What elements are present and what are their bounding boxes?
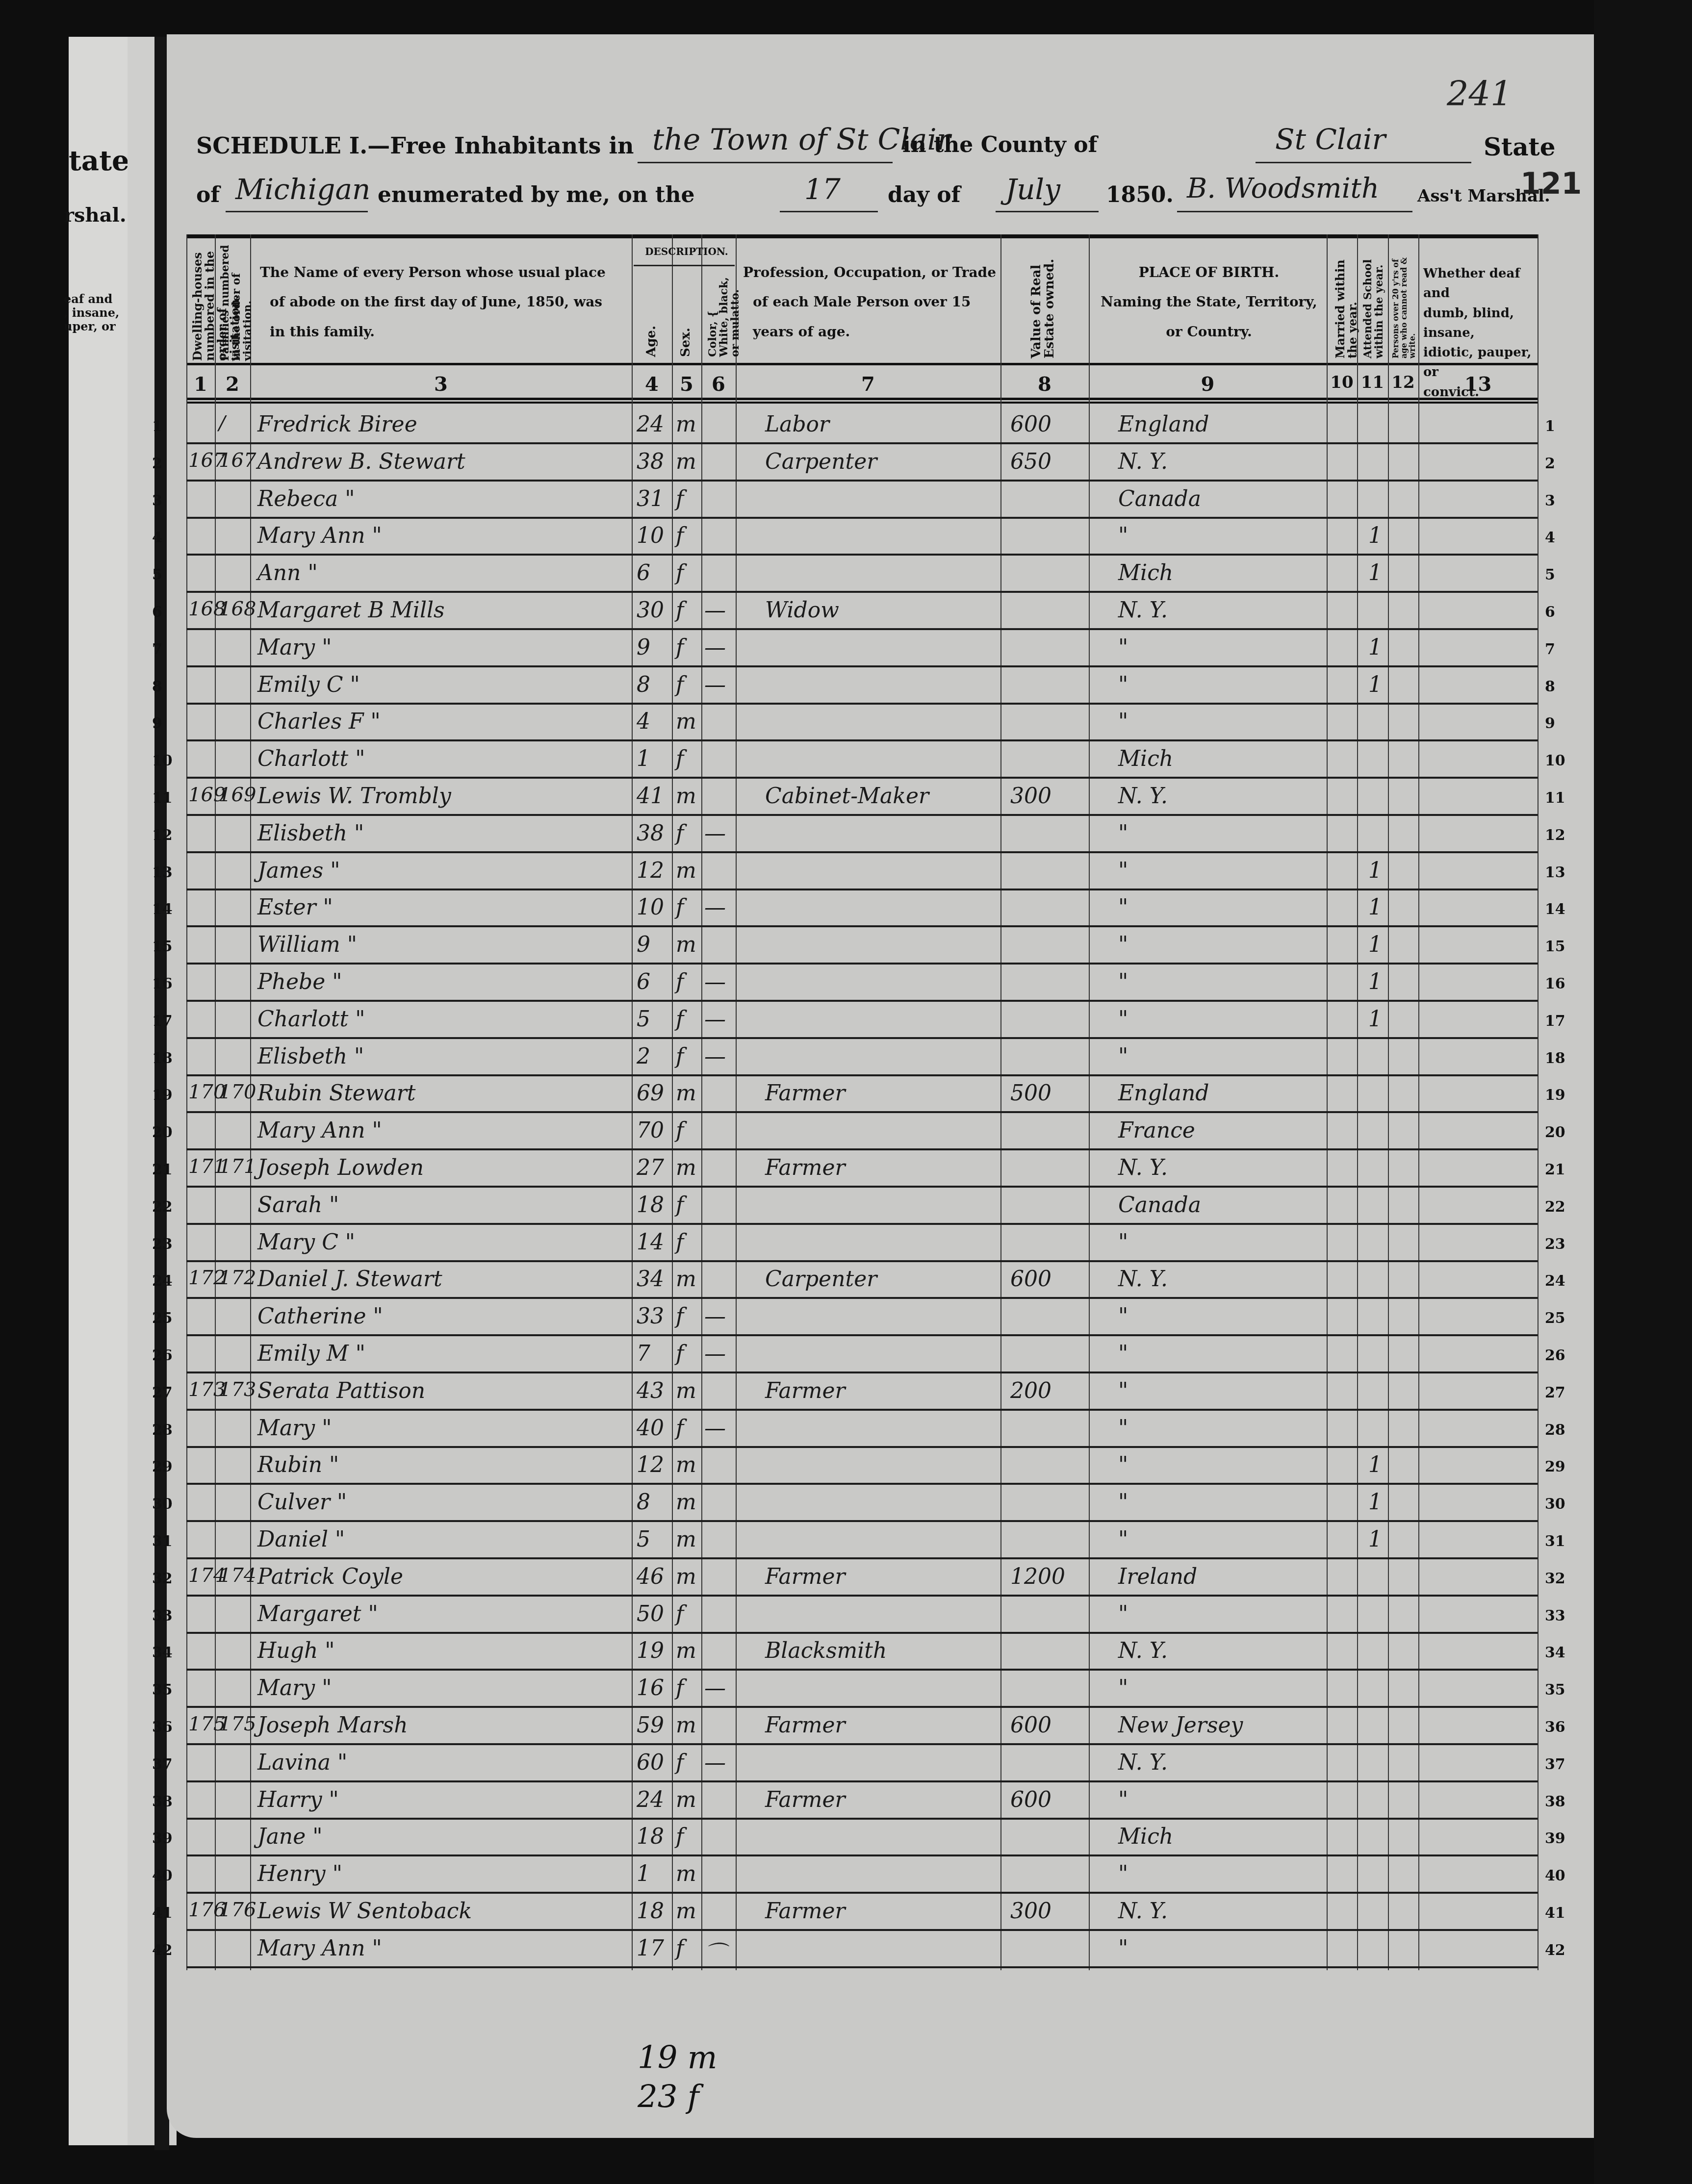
person-name: Jane " [257, 1824, 322, 1849]
person-name: Mary " [257, 635, 332, 660]
line-number-right: 34 [1545, 1644, 1565, 1661]
line-number-left: 30 [152, 1496, 173, 1513]
table-row: 38 Harry " 24 m Farmer 600 " 38 [186, 1782, 1538, 1820]
line-number-left: 33 [152, 1607, 173, 1625]
table-row: 40 Henry " 1 m " 40 [186, 1856, 1538, 1894]
line-number-right: 23 [1545, 1236, 1565, 1253]
state-label: State [1484, 132, 1556, 161]
person-name: Elisbeth " [257, 821, 364, 846]
line-number-right: 16 [1545, 975, 1565, 992]
birthplace: Mich [1118, 746, 1173, 771]
person-age: 6 [637, 560, 650, 585]
birthplace: " [1118, 1861, 1128, 1886]
line-number-left: 13 [152, 864, 173, 881]
family-number: 174 [219, 1564, 256, 1587]
birthplace: N. Y. [1118, 449, 1168, 474]
person-sex: f [676, 635, 684, 660]
table-row: 34 Hugh " 19 m Blacksmith N. Y. 34 [186, 1633, 1538, 1671]
person-occupation: Farmer [765, 1155, 846, 1180]
table-row: 24 172 172 Daniel J. Stewart 34 m Carpen… [186, 1262, 1538, 1299]
real-estate-value: 300 [1010, 784, 1051, 809]
person-name: Margaret " [257, 1601, 378, 1626]
state-field-underline [226, 211, 368, 212]
line-number-right: 39 [1545, 1830, 1565, 1847]
person-sex: f [676, 560, 684, 585]
person-color: — [704, 1750, 726, 1775]
person-sex: f [676, 746, 684, 771]
description-rule [634, 265, 735, 266]
person-color: — [704, 635, 726, 660]
person-sex: m [676, 1452, 696, 1477]
person-age: 18 [637, 1193, 664, 1218]
person-name: Catherine " [257, 1304, 383, 1329]
table-row: 3 Rebeca " 31 f Canada 3 [186, 482, 1538, 519]
table-row: 5 Ann " 6 f Mich 1 5 [186, 556, 1538, 593]
table-row: 41 176 176 Lewis W Sentoback 18 m Farmer… [186, 1894, 1538, 1931]
person-sex: f [676, 1230, 684, 1255]
birthplace: " [1118, 1230, 1128, 1255]
illiterate-header: Persons over 20 y'rs of age who cannot r… [1392, 243, 1416, 358]
birthplace: " [1118, 969, 1128, 994]
condition-header-line: dumb, blind, insane, [1423, 304, 1535, 343]
line-number-left: 42 [152, 1942, 173, 1959]
colnum-8: 8 [1000, 373, 1089, 396]
table-row: 10 Charlott " 1 f Mich 10 [186, 741, 1538, 779]
line-number-right: 3 [1545, 492, 1555, 509]
person-sex: m [676, 1638, 696, 1663]
birthplace: England [1118, 412, 1209, 437]
real-estate-value: 650 [1010, 449, 1051, 474]
person-color: — [704, 969, 726, 994]
table-row: 30 Culver " 8 m " 1 30 [186, 1485, 1538, 1522]
table-row: 23 Mary C " 14 f " 23 [186, 1225, 1538, 1262]
birthplace: " [1118, 1527, 1128, 1552]
line-number-right: 30 [1545, 1496, 1565, 1513]
handwritten-page-number: 241 [1447, 74, 1513, 114]
person-age: 14 [637, 1230, 664, 1255]
birthplace: " [1118, 895, 1128, 920]
person-name: Mary C " [257, 1230, 355, 1255]
person-name: Ester " [257, 895, 333, 920]
birthplace: Canada [1118, 486, 1201, 511]
colnum-12: 12 [1388, 373, 1418, 392]
occupation-header-line: Profession, Occupation, or Trade [743, 264, 998, 281]
person-sex: f [676, 895, 684, 920]
table-row: 19 170 170 Rubin Stewart 69 m Farmer 500… [186, 1076, 1538, 1113]
line-number-right: 40 [1545, 1867, 1565, 1884]
enumerated-label: enumerated by me, on the [378, 182, 694, 207]
person-sex: f [676, 1416, 684, 1441]
person-age: 1 [637, 1861, 650, 1886]
line-number-left: 20 [152, 1124, 173, 1141]
person-age: 24 [637, 1787, 664, 1812]
person-age: 27 [637, 1155, 664, 1180]
day-field-underline [780, 211, 878, 212]
person-sex: m [676, 1081, 696, 1106]
of-label: of [196, 182, 220, 207]
birthplace: " [1118, 1452, 1128, 1477]
person-name: Phebe " [257, 969, 342, 994]
line-number-left: 21 [152, 1161, 173, 1178]
person-sex: m [676, 1713, 696, 1738]
marshal-label: Ass't Marshal. [1417, 186, 1550, 206]
birthplace: " [1118, 523, 1128, 548]
person-sex: f [676, 1193, 684, 1218]
person-sex: f [676, 523, 684, 548]
person-sex: f [676, 1118, 684, 1143]
person-age: 43 [637, 1378, 664, 1403]
table-row: 25 Catherine " 33 f — " 25 [186, 1299, 1538, 1336]
birthplace: N. Y. [1118, 784, 1168, 809]
birthplace: " [1118, 635, 1128, 660]
attended-school: 1 [1368, 969, 1382, 994]
county-field-underline [1256, 162, 1471, 163]
line-number-right: 24 [1545, 1272, 1565, 1290]
person-occupation: Blacksmith [765, 1638, 887, 1663]
person-occupation: Farmer [765, 1899, 846, 1924]
line-number-right: 1 [1545, 418, 1555, 435]
birthplace: " [1118, 1601, 1128, 1626]
line-number-right: 25 [1545, 1310, 1565, 1327]
schedule-title: SCHEDULE I.—Free Inhabitants in [196, 132, 634, 159]
birthplace-header-line: PLACE OF BIRTH. [1099, 264, 1319, 281]
line-number-left: 41 [152, 1905, 173, 1922]
name-header-line: in this family. [260, 323, 623, 341]
line-number-right: 7 [1545, 641, 1555, 658]
age-header: Age. [645, 323, 658, 357]
attended-school: 1 [1368, 1490, 1382, 1515]
real-estate-value: 600 [1010, 1713, 1051, 1738]
line-number-right: 5 [1545, 566, 1555, 584]
line-number-left: 25 [152, 1310, 173, 1327]
person-color: — [704, 1007, 726, 1032]
person-name: Henry " [257, 1861, 342, 1886]
person-age: 12 [637, 858, 664, 883]
line-number-left: 26 [152, 1347, 173, 1364]
person-age: 59 [637, 1713, 664, 1738]
person-color: ⌒ [704, 1936, 726, 1967]
colnum-13: 13 [1418, 373, 1538, 396]
person-color: — [704, 1341, 726, 1366]
description-group-header: DESCRIPTION. [640, 245, 733, 258]
table-row: 12 Elisbeth " 38 f — " 12 [186, 816, 1538, 853]
person-age: 18 [637, 1899, 664, 1924]
birthplace: " [1118, 672, 1128, 697]
line-number-right: 26 [1545, 1347, 1565, 1364]
person-name: Emily C " [257, 672, 360, 697]
person-name: Fredrick Biree [257, 412, 417, 437]
table-row: 18 Elisbeth " 2 f — " 18 [186, 1039, 1538, 1076]
person-sex: f [676, 969, 684, 994]
line-number-left: 12 [152, 827, 173, 844]
person-age: 10 [637, 895, 664, 920]
person-name: Sarah " [257, 1193, 339, 1218]
colnum-1: 1 [186, 373, 215, 396]
marshal-name-underline [1177, 211, 1412, 212]
person-age: 12 [637, 1452, 664, 1477]
table-row: 2 167 167 Andrew B. Stewart 38 m Carpent… [186, 444, 1538, 482]
table-row: 32 174 174 Patrick Coyle 46 m Farmer 120… [186, 1559, 1538, 1597]
family-number: 168 [219, 598, 256, 620]
person-sex: f [676, 821, 684, 846]
person-color: — [704, 821, 726, 846]
person-sex: m [676, 1899, 696, 1924]
line-number-right: 41 [1545, 1905, 1565, 1922]
line-number-left: 8 [152, 678, 162, 695]
table-row: 22 Sarah " 18 f Canada 22 [186, 1188, 1538, 1225]
person-name: Lavina " [257, 1750, 347, 1775]
person-name: Mary Ann " [257, 523, 382, 548]
person-name: Lewis W Sentoback [257, 1899, 472, 1924]
attended-school: 1 [1368, 932, 1382, 957]
person-name: Charles F " [257, 709, 381, 734]
line-number-left: 31 [152, 1533, 173, 1550]
line-number-left: 35 [152, 1681, 173, 1699]
attended-school: 1 [1368, 858, 1382, 883]
line-number-left: 9 [152, 715, 162, 732]
realestate-header: Value of Real Estate owned. [1030, 243, 1057, 358]
month-field-underline [996, 211, 1099, 212]
line-number-left: 40 [152, 1867, 173, 1884]
line-number-right: 8 [1545, 678, 1555, 695]
person-age: 41 [637, 784, 664, 809]
birthplace-header-line: or Country. [1099, 323, 1319, 341]
line-number-left: 3 [152, 492, 162, 509]
birthplace: " [1118, 709, 1128, 734]
line-number-left: 24 [152, 1272, 173, 1290]
person-name: Ann " [257, 560, 318, 585]
person-occupation: Cabinet-Maker [765, 784, 929, 809]
attended-school: 1 [1368, 1527, 1382, 1552]
name-header: The Name of every Person whose usual pla… [260, 264, 623, 341]
person-age: 34 [637, 1267, 664, 1292]
name-header-line: The Name of every Person whose usual pla… [260, 264, 623, 281]
person-age: 46 [637, 1564, 664, 1589]
table-row: 35 Mary " 16 f — " 35 [186, 1671, 1538, 1708]
county-label: in the County of [902, 132, 1097, 157]
occupation-header: Profession, Occupation, or Trade of each… [743, 264, 998, 341]
person-sex: m [676, 412, 696, 437]
person-sex: f [676, 1044, 684, 1069]
line-number-right: 2 [1545, 455, 1555, 472]
line-number-left: 5 [152, 566, 162, 584]
line-number-left: 23 [152, 1236, 173, 1253]
table-row: 28 Mary " 40 f — " 28 [186, 1411, 1538, 1448]
person-sex: f [676, 1676, 684, 1701]
real-estate-value: 600 [1010, 412, 1051, 437]
line-number-right: 27 [1545, 1384, 1565, 1401]
line-number-right: 37 [1545, 1756, 1565, 1773]
person-age: 8 [637, 1490, 650, 1515]
person-age: 69 [637, 1081, 664, 1106]
person-occupation: Farmer [765, 1378, 846, 1403]
person-occupation: Carpenter [765, 449, 877, 474]
person-name: William " [257, 932, 357, 957]
left-page-marshal-fragment: rshal. [64, 203, 127, 227]
table-row: 4 Mary Ann " 10 f " 1 4 [186, 518, 1538, 556]
line-number-right: 20 [1545, 1124, 1565, 1141]
line-number-right: 21 [1545, 1161, 1565, 1178]
line-number-right: 19 [1545, 1087, 1565, 1104]
birthplace: " [1118, 1304, 1128, 1329]
birthplace: N. Y. [1118, 1155, 1168, 1180]
family-number: 169 [219, 784, 256, 806]
line-number-left: 37 [152, 1756, 173, 1773]
line-number-left: 4 [152, 529, 162, 546]
person-name: Joseph Lowden [257, 1155, 424, 1180]
birthplace: N. Y. [1118, 1899, 1168, 1924]
person-name: Charlott " [257, 1007, 365, 1032]
line-number-left: 22 [152, 1198, 173, 1216]
month-field: July [1005, 173, 1060, 206]
table-row: 33 Margaret " 50 f " 33 [186, 1597, 1538, 1634]
table-row: 17 Charlott " 5 f — " 1 17 [186, 1002, 1538, 1039]
attended-school: 1 [1368, 672, 1382, 697]
line-number-left: 1 [152, 418, 162, 435]
birthplace: " [1118, 1936, 1128, 1961]
table-row: 14 Ester " 10 f — " 1 14 [186, 890, 1538, 927]
person-age: 2 [637, 1044, 650, 1069]
birthplace-header: PLACE OF BIRTH. Naming the State, Territ… [1099, 264, 1319, 341]
person-age: 33 [637, 1304, 664, 1329]
person-sex: m [676, 1564, 696, 1589]
person-name: Mary Ann " [257, 1118, 382, 1143]
line-number-right: 28 [1545, 1422, 1565, 1439]
person-name: Lewis W. Trombly [257, 784, 451, 809]
family-number: 170 [219, 1081, 256, 1103]
line-number-left: 32 [152, 1570, 173, 1587]
colnum-bottom-rule-2 [186, 402, 1538, 404]
person-age: 70 [637, 1118, 664, 1143]
line-number-left: 15 [152, 938, 173, 955]
line-number-left: 36 [152, 1719, 173, 1736]
left-page-state-fragment: tate [69, 145, 129, 177]
line-number-left: 6 [152, 604, 162, 621]
person-age: 5 [637, 1007, 650, 1032]
left-page-deaf-line-2: , insane, [64, 305, 119, 320]
table-row: 39 Jane " 18 f Mich 39 [186, 1819, 1538, 1856]
person-sex: f [676, 1824, 684, 1849]
line-number-left: 7 [152, 641, 162, 658]
family-number: 173 [219, 1378, 256, 1401]
year-label: 1850. [1106, 182, 1174, 207]
line-number-left: 19 [152, 1087, 173, 1104]
line-number-left: 14 [152, 901, 173, 918]
real-estate-value: 200 [1010, 1378, 1051, 1403]
person-occupation: Farmer [765, 1081, 846, 1106]
person-name: Joseph Marsh [257, 1713, 408, 1738]
table-row: 9 Charles F " 4 m " 9 [186, 704, 1538, 741]
attended-school: 1 [1368, 1007, 1382, 1032]
person-sex: f [676, 486, 684, 511]
person-sex: f [676, 598, 684, 623]
birthplace: N. Y. [1118, 1267, 1168, 1292]
birthplace: England [1118, 1081, 1209, 1106]
left-page-deaf-line-3: uper, or [64, 319, 116, 333]
line-number-left: 28 [152, 1422, 173, 1439]
person-age: 1 [637, 746, 650, 771]
person-sex: m [676, 449, 696, 474]
table-row: 7 Mary " 9 f — " 1 7 [186, 630, 1538, 667]
colnum-11: 11 [1357, 373, 1388, 392]
person-name: Rebeca " [257, 486, 355, 511]
birthplace: N. Y. [1118, 1750, 1168, 1775]
person-occupation: Farmer [765, 1787, 846, 1812]
line-number-right: 17 [1545, 1013, 1565, 1030]
line-number-right: 6 [1545, 604, 1555, 621]
person-age: 7 [637, 1341, 650, 1366]
person-sex: f [676, 1007, 684, 1032]
birthplace: Mich [1118, 1824, 1173, 1849]
person-sex: m [676, 1267, 696, 1292]
person-name: James " [257, 858, 340, 883]
family-number: 172 [219, 1267, 256, 1289]
table-row: 29 Rubin " 12 m " 1 29 [186, 1448, 1538, 1485]
person-name: Rubin Stewart [257, 1081, 416, 1106]
occupation-header-line: of each Male Person over 15 [743, 293, 998, 311]
person-name: Harry " [257, 1787, 339, 1812]
person-name: Andrew B. Stewart [257, 449, 465, 474]
person-sex: f [676, 1304, 684, 1329]
person-color: — [704, 1676, 726, 1701]
line-number-right: 15 [1545, 938, 1565, 955]
person-name: Daniel J. Stewart [257, 1267, 442, 1292]
town-field-underline [638, 162, 893, 163]
colnum-7: 7 [736, 373, 1000, 396]
person-sex: m [676, 1861, 696, 1886]
line-number-right: 9 [1545, 715, 1555, 732]
line-number-right: 13 [1545, 864, 1565, 881]
birthplace: " [1118, 932, 1128, 957]
person-age: 18 [637, 1824, 664, 1849]
line-number-right: 29 [1545, 1458, 1565, 1475]
person-sex: f [676, 1750, 684, 1775]
line-number-right: 33 [1545, 1607, 1565, 1625]
person-sex: m [676, 858, 696, 883]
person-occupation: Farmer [765, 1564, 846, 1589]
line-number-right: 11 [1545, 789, 1565, 807]
person-age: 30 [637, 598, 664, 623]
person-age: 40 [637, 1416, 664, 1441]
family-number: 175 [219, 1713, 256, 1735]
person-sex: f [676, 672, 684, 697]
line-number-right: 42 [1545, 1942, 1565, 1959]
person-sex: m [676, 709, 696, 734]
col-border [1538, 234, 1538, 1970]
line-number-left: 2 [152, 455, 162, 472]
tally-males: 19 m [638, 2040, 717, 2076]
name-header-line: of abode on the first day of June, 1850,… [260, 293, 623, 311]
person-sex: m [676, 932, 696, 957]
person-name: Mary Ann " [257, 1936, 382, 1961]
person-name: Elisbeth " [257, 1044, 364, 1069]
left-page-deaf-line-1: eaf and [64, 292, 112, 306]
table-row: 36 175 175 Joseph Marsh 59 m Farmer 600 … [186, 1708, 1538, 1745]
person-age: 6 [637, 969, 650, 994]
person-age: 38 [637, 821, 664, 846]
person-color: — [704, 1044, 726, 1069]
birthplace: " [1118, 1378, 1128, 1403]
real-estate-value: 500 [1010, 1081, 1051, 1106]
person-color: — [704, 598, 726, 623]
table-row: 1 / Fredrick Biree 24 m Labor 600 Englan… [186, 407, 1538, 444]
person-age: 9 [637, 932, 650, 957]
family-header: Families numbered in the order of visita… [220, 243, 254, 361]
birthplace: " [1118, 1676, 1128, 1701]
family-number: 171 [219, 1155, 256, 1178]
state-field: Michigan [235, 173, 370, 206]
table-row: 8 Emily C " 8 f — " 1 8 [186, 667, 1538, 705]
